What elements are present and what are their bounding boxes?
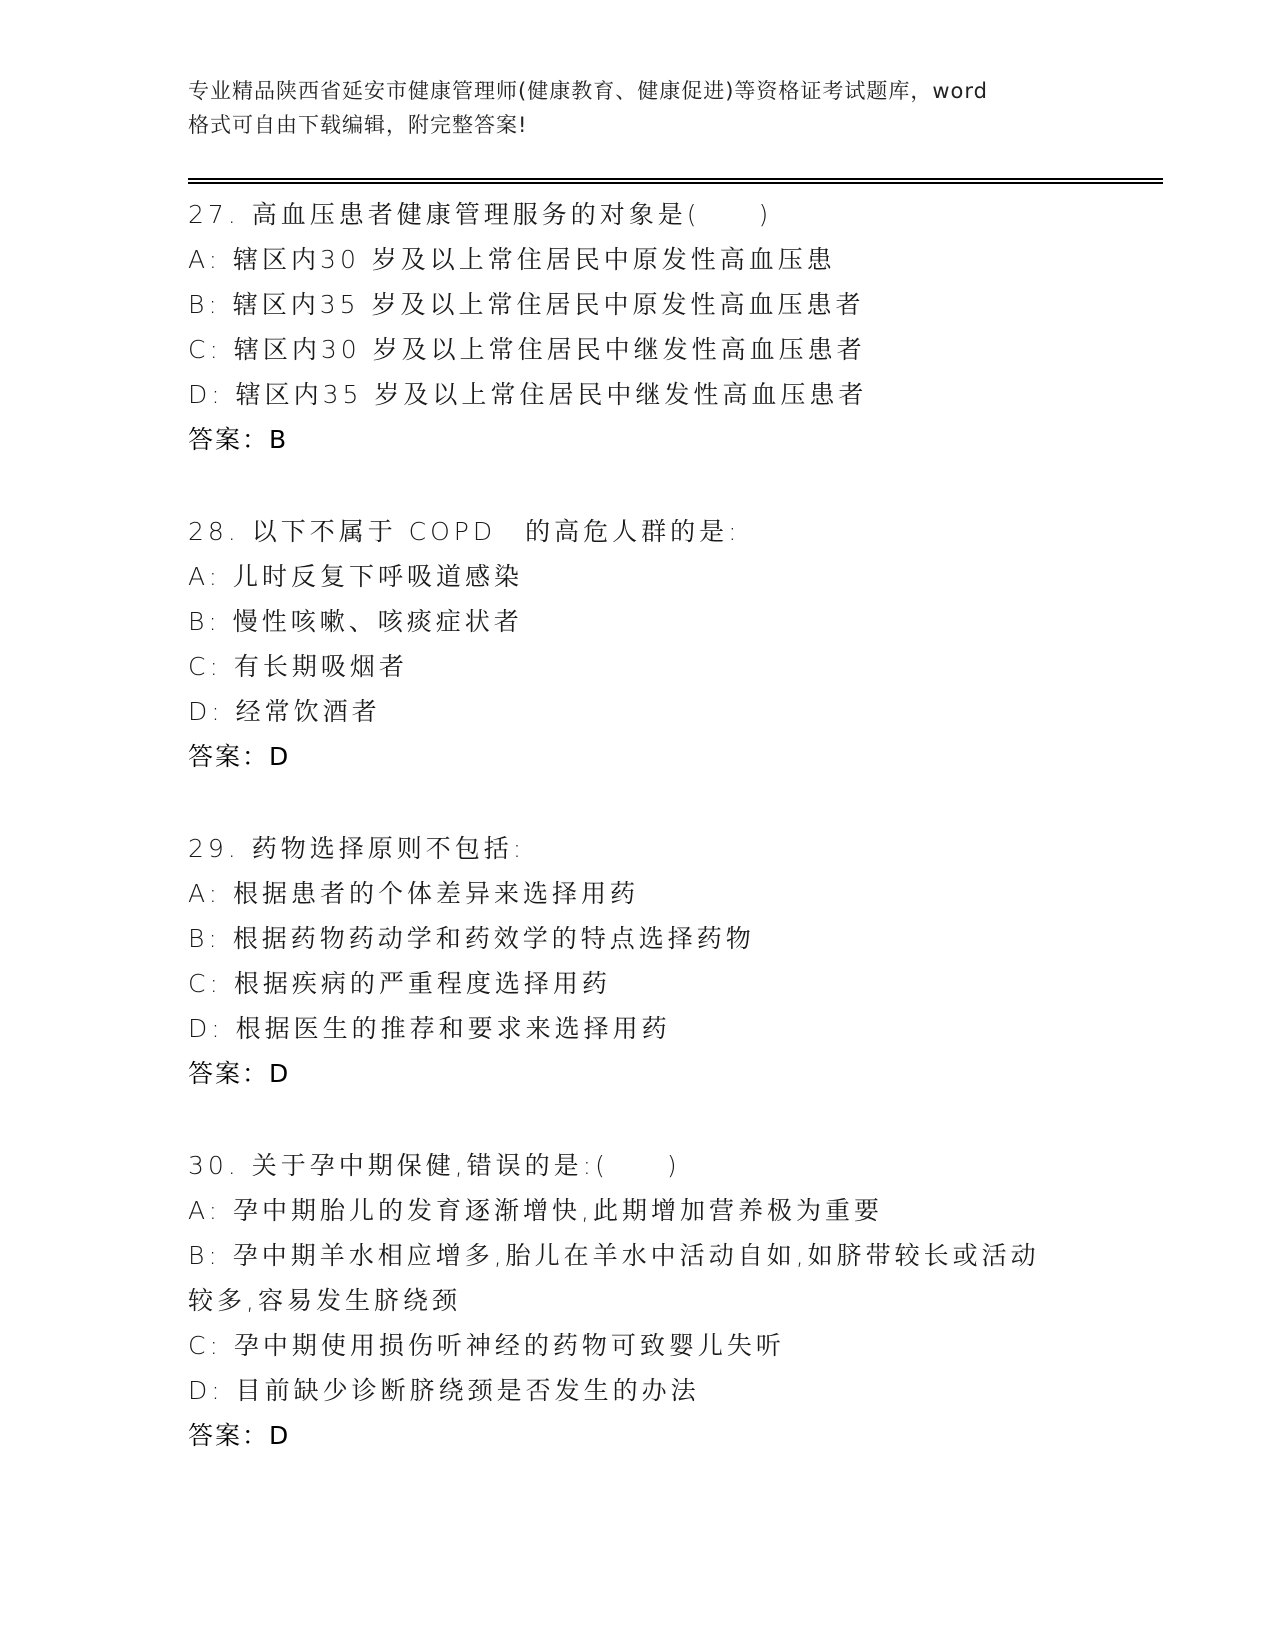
question-stem: 27. 高血压患者健康管理服务的对象是( ) [188, 192, 1088, 237]
header-line-1: 专业精品陕西省延安市健康管理师(健康教育、健康促进)等资格证考试题库，word [188, 74, 1088, 108]
option-c: C: 根据疾病的严重程度选择用药 [188, 961, 1088, 1006]
answer: 答案：D [188, 1413, 1088, 1458]
question-29: 29. 药物选择原则不包括: A: 根据患者的个体差异来选择用药 B: 根据药物… [188, 826, 1088, 1096]
option-b: B: 根据药物药动学和药效学的特点选择药物 [188, 916, 1088, 961]
question-27: 27. 高血压患者健康管理服务的对象是( ) A: 辖区内30 岁及以上常住居民… [188, 192, 1088, 462]
option-a: A: 儿时反复下呼吸道感染 [188, 554, 1088, 599]
header-line-2: 格式可自由下载编辑，附完整答案! [188, 108, 1088, 142]
question-28: 28. 以下不属于 COPD 的高危人群的是: A: 儿时反复下呼吸道感染 B:… [188, 509, 1088, 779]
document-header: 专业精品陕西省延安市健康管理师(健康教育、健康促进)等资格证考试题库，word … [188, 74, 1088, 142]
answer: 答案：D [188, 1051, 1088, 1096]
option-c: C: 有长期吸烟者 [188, 644, 1088, 689]
option-c: C: 孕中期使用损伤听神经的药物可致婴儿失听 [188, 1323, 1088, 1368]
option-b: B: 孕中期羊水相应增多,胎儿在羊水中活动自如,如脐带较长或活动较多,容易发生脐… [188, 1233, 1068, 1323]
option-b: B: 慢性咳嗽、咳痰症状者 [188, 599, 1088, 644]
question-stem: 28. 以下不属于 COPD 的高危人群的是: [188, 509, 1088, 554]
option-a: A: 根据患者的个体差异来选择用药 [188, 871, 1088, 916]
option-b: B: 辖区内35 岁及以上常住居民中原发性高血压患者 [188, 282, 1088, 327]
answer: 答案：B [188, 417, 1088, 462]
question-30: 30. 关于孕中期保健,错误的是:( ) A: 孕中期胎儿的发育逐渐增快,此期增… [188, 1143, 1088, 1458]
option-c: C: 辖区内30 岁及以上常住居民中继发性高血压患者 [188, 327, 1088, 372]
answer: 答案：D [188, 734, 1088, 779]
option-d: D: 根据医生的推荐和要求来选择用药 [188, 1006, 1088, 1051]
option-d: D: 经常饮酒者 [188, 689, 1088, 734]
option-d: D: 目前缺少诊断脐绕颈是否发生的办法 [188, 1368, 1088, 1413]
option-a: A: 孕中期胎儿的发育逐渐增快,此期增加营养极为重要 [188, 1188, 1088, 1233]
question-stem: 29. 药物选择原则不包括: [188, 826, 1088, 871]
option-d: D: 辖区内35 岁及以上常住居民中继发性高血压患者 [188, 372, 1088, 417]
option-a: A: 辖区内30 岁及以上常住居民中原发性高血压患 [188, 237, 1088, 282]
question-stem: 30. 关于孕中期保健,错误的是:( ) [188, 1143, 1088, 1188]
header-double-rule [188, 178, 1163, 184]
question-list: 27. 高血压患者健康管理服务的对象是( ) A: 辖区内30 岁及以上常住居民… [188, 192, 1088, 1505]
